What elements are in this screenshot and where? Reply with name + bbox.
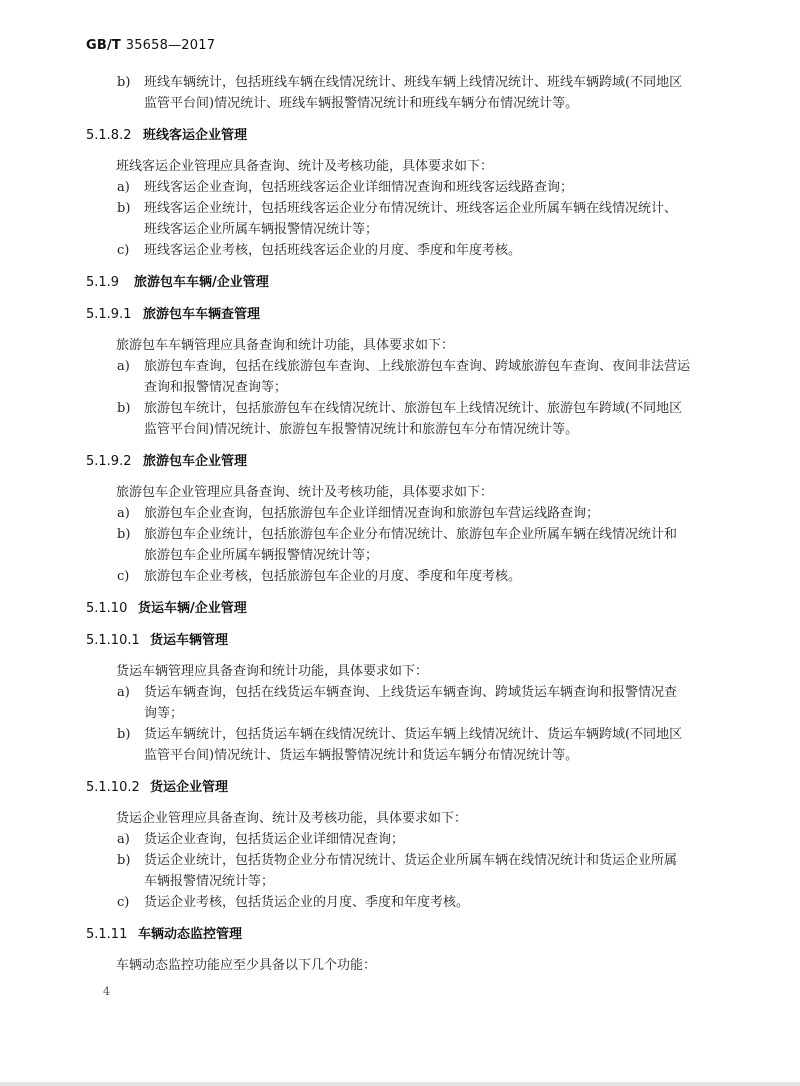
list-item: a) 货运车辆查询，包括在线货运车辆查询、上线货运车辆查询、跨域货运车辆查询和报… [86,682,726,724]
section-title: 旅游包车企业管理 [143,454,247,469]
list-item: a) 旅游包车查询，包括在线旅游包车查询、上线旅游包车查询、跨域旅游包车查询、夜… [86,356,726,398]
item-text-line: 旅游包车统计，包括旅游包车在线情况统计、旅游包车上线情况统计、旅游包车跨域(不同… [144,398,726,419]
item-text-line: 货运企业查询，包括货运企业详细情况查询； [144,829,726,850]
list-marker: a) [117,356,130,377]
section-intro: 旅游包车企业管理应具备查询、统计及考核功能，具体要求如下： [86,482,726,503]
item-text-line: 货运企业统计，包括货物企业分布情况统计、货运企业所属车辆在线情况统计和货运企业所… [144,850,726,871]
section-title: 货运企业管理 [150,780,228,795]
section-title: 货运车辆管理 [150,633,228,648]
section-title: 班线客运企业管理 [143,128,247,143]
section-heading-5-1-9: 5.1.9旅游包车车辆/企业管理 [86,273,726,293]
item-text-line: 班线客运企业所属车辆报警情况统计等； [144,219,726,240]
list-marker: b) [117,850,130,871]
section-intro: 旅游包车车辆管理应具备查询和统计功能，具体要求如下： [86,335,726,356]
section-number: 5.1.11 [86,925,138,945]
section-number: 5.1.9.1 [86,305,143,325]
item-text-line: 查询和报警情况查询等； [144,377,726,398]
item-text-line: 旅游包车查询，包括在线旅游包车查询、上线旅游包车查询、跨域旅游包车查询、夜间非法… [144,356,726,377]
section-intro: 货运车辆管理应具备查询和统计功能，具体要求如下： [86,661,726,682]
item-text-line: 监管平台间)情况统计、班线车辆报警情况统计和班线车辆分布情况统计等。 [144,93,726,114]
list-item: b) 班线客运企业统计，包括班线客运企业分布情况统计、班线客运企业所属车辆在线情… [86,198,726,240]
item-text-line: 货运车辆查询，包括在线货运车辆查询、上线货运车辆查询、跨域货运车辆查询和报警情况… [144,682,726,703]
list-marker: a) [117,829,130,850]
item-text-line: 班线车辆统计，包括班线车辆在线情况统计、班线车辆上线情况统计、班线车辆跨域(不同… [144,72,726,93]
item-text-line: 货运车辆统计，包括货运车辆在线情况统计、货运车辆上线情况统计、货运车辆跨域(不同… [144,724,726,745]
item-text-line: 监管平台间)情况统计、货运车辆报警情况统计和货运车辆分布情况统计等。 [144,745,726,766]
item-text-line: 旅游包车企业所属车辆报警情况统计等； [144,545,726,566]
section-number: 5.1.9 [86,273,134,293]
section-number: 5.1.8.2 [86,126,143,146]
section-intro: 货运企业管理应具备查询、统计及考核功能，具体要求如下： [86,808,726,829]
standard-header: GB/T 35658—2017 [86,38,215,53]
section-title: 货运车辆/企业管理 [138,601,247,616]
list-item: c) 旅游包车企业考核，包括旅游包车企业的月度、季度和年度考核。 [86,566,726,587]
section-number: 5.1.9.2 [86,452,143,472]
item-text-line: 货运企业考核，包括货运企业的月度、季度和年度考核。 [144,892,726,913]
standard-number: 35658—2017 [126,38,215,53]
item-text-line: 旅游包车企业考核，包括旅游包车企业的月度、季度和年度考核。 [144,566,726,587]
list-item: c) 班线客运企业考核，包括班线客运企业的月度、季度和年度考核。 [86,240,726,261]
item-text-line: 询等； [144,703,726,724]
item-text-line: 班线客运企业统计，包括班线客运企业分布情况统计、班线客运企业所属车辆在线情况统计… [144,198,726,219]
list-marker: a) [117,177,130,198]
list-marker: a) [117,682,130,703]
section-title: 车辆动态监控管理 [138,927,242,942]
list-marker: b) [117,398,130,419]
list-item: b) 旅游包车企业统计，包括旅游包车企业分布情况统计、旅游包车企业所属车辆在线情… [86,524,726,566]
item-text-line: 班线客运企业考核，包括班线客运企业的月度、季度和年度考核。 [144,240,726,261]
list-marker: b) [117,524,130,545]
list-marker: c) [117,892,129,913]
section-heading-5-1-11: 5.1.11车辆动态监控管理 [86,925,726,945]
section-number: 5.1.10.1 [86,631,150,651]
item-text-line: 班线客运企业查询，包括班线客运企业详细情况查询和班线客运线路查询； [144,177,726,198]
list-marker: c) [117,240,129,261]
item-text-line: 监管平台间)情况统计、旅游包车报警情况统计和旅游包车分布情况统计等。 [144,419,726,440]
list-item: a) 旅游包车企业查询，包括旅游包车企业详细情况查询和旅游包车营运线路查询； [86,503,726,524]
section-heading-5-1-9-2: 5.1.9.2旅游包车企业管理 [86,452,726,472]
section-title: 旅游包车车辆/企业管理 [134,275,269,290]
item-text-line: 车辆报警情况统计等； [144,871,726,892]
section-intro: 班线客运企业管理应具备查询、统计及考核功能，具体要求如下： [86,156,726,177]
section-intro: 车辆动态监控功能应至少具备以下几个功能： [86,955,726,976]
section-heading-5-1-10-2: 5.1.10.2货运企业管理 [86,778,726,798]
document-body: b) 班线车辆统计，包括班线车辆在线情况统计、班线车辆上线情况统计、班线车辆跨域… [86,72,726,976]
list-item: c) 货运企业考核，包括货运企业的月度、季度和年度考核。 [86,892,726,913]
standard-code: GB/T [86,38,121,53]
list-item: a) 班线客运企业查询，包括班线客运企业详细情况查询和班线客运线路查询； [86,177,726,198]
list-marker: a) [117,503,130,524]
list-marker: b) [117,724,130,745]
list-item: b) 班线车辆统计，包括班线车辆在线情况统计、班线车辆上线情况统计、班线车辆跨域… [86,72,726,114]
section-number: 5.1.10 [86,599,138,619]
item-text-line: 旅游包车企业查询，包括旅游包车企业详细情况查询和旅游包车营运线路查询； [144,503,726,524]
item-text-line: 旅游包车企业统计，包括旅游包车企业分布情况统计、旅游包车企业所属车辆在线情况统计… [144,524,726,545]
page-bottom-edge [0,1082,800,1086]
list-marker: c) [117,566,129,587]
list-item: b) 货运车辆统计，包括货运车辆在线情况统计、货运车辆上线情况统计、货运车辆跨域… [86,724,726,766]
section-heading-5-1-10-1: 5.1.10.1货运车辆管理 [86,631,726,651]
section-heading-5-1-9-1: 5.1.9.1旅游包车车辆查管理 [86,305,726,325]
list-marker: b) [117,198,130,219]
list-marker: b) [117,72,130,93]
list-item: b) 货运企业统计，包括货物企业分布情况统计、货运企业所属车辆在线情况统计和货运… [86,850,726,892]
list-item: b) 旅游包车统计，包括旅游包车在线情况统计、旅游包车上线情况统计、旅游包车跨域… [86,398,726,440]
section-heading-5-1-8-2: 5.1.8.2班线客运企业管理 [86,126,726,146]
section-title: 旅游包车车辆查管理 [143,307,260,322]
page-number: 4 [103,985,110,998]
section-heading-5-1-10: 5.1.10货运车辆/企业管理 [86,599,726,619]
list-item: a) 货运企业查询，包括货运企业详细情况查询； [86,829,726,850]
document-page: GB/T 35658—2017 b) 班线车辆统计，包括班线车辆在线情况统计、班… [0,0,800,1082]
section-number: 5.1.10.2 [86,778,150,798]
